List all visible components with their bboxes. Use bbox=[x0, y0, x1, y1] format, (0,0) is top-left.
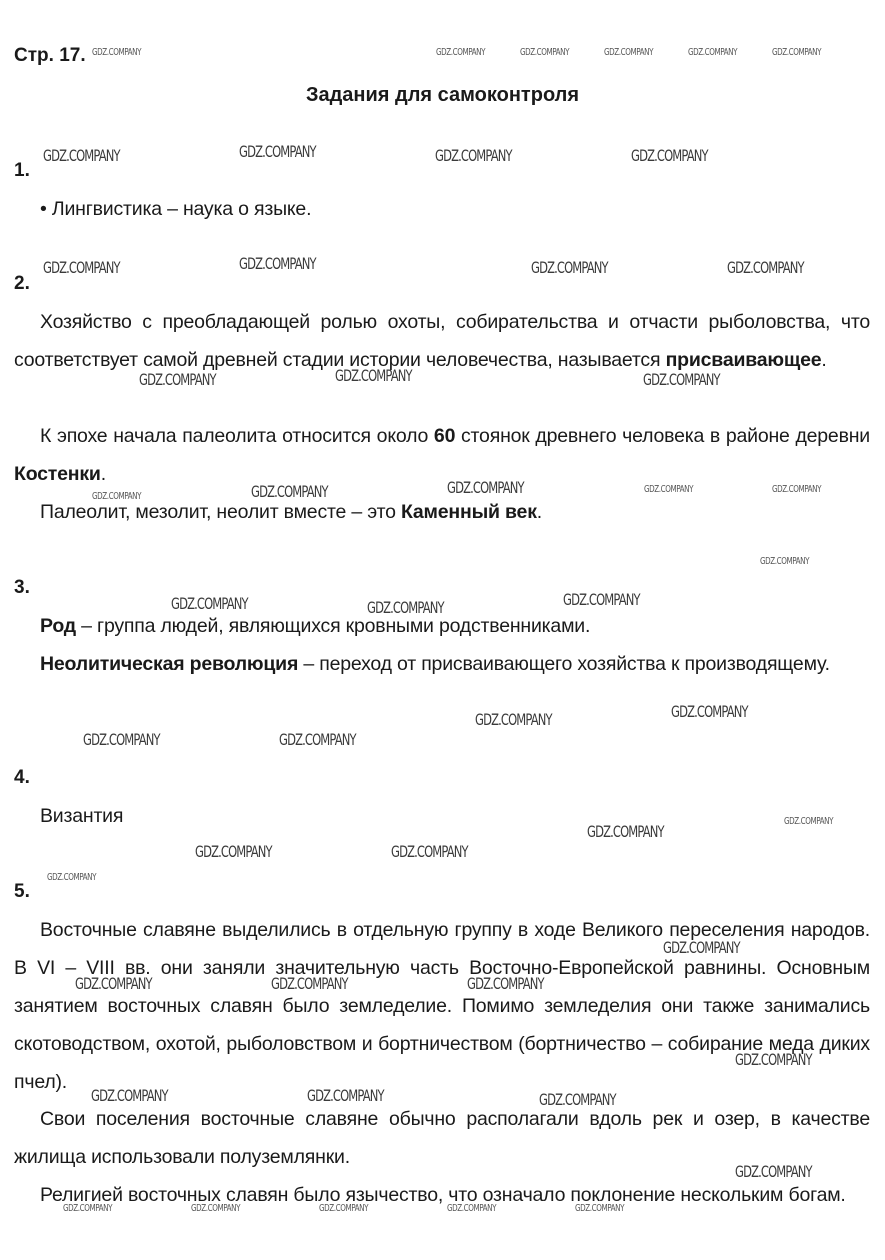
watermark-text: GDZ.COMPANY bbox=[367, 598, 444, 617]
task-2-paragraph-2: К эпохе начала палеолита относится около… bbox=[14, 417, 870, 493]
answer-term: Каменный век bbox=[401, 501, 537, 523]
watermark-text: GDZ.COMPANY bbox=[772, 484, 821, 495]
watermark-text: GDZ.COMPANY bbox=[279, 730, 356, 749]
watermark-text: GDZ.COMPANY bbox=[83, 730, 160, 749]
text: стоянок древнего человека в районе дерев… bbox=[455, 425, 870, 447]
watermark-text: GDZ.COMPANY bbox=[631, 146, 708, 165]
watermark-text: GDZ.COMPANY bbox=[436, 47, 485, 58]
definition: – переход от присваивающего хозяйства к … bbox=[298, 653, 830, 675]
term: Неолитическая революция bbox=[40, 653, 298, 675]
definition: – группа людей, являющихся кровными родс… bbox=[76, 615, 590, 637]
task-number-2: 2. bbox=[14, 273, 30, 295]
watermark-text: GDZ.COMPANY bbox=[784, 816, 833, 827]
watermark-text: GDZ.COMPANY bbox=[604, 47, 653, 58]
watermark-text: GDZ.COMPANY bbox=[735, 1162, 812, 1181]
watermark-text: GDZ.COMPANY bbox=[43, 146, 120, 165]
watermark-text: GDZ.COMPANY bbox=[520, 47, 569, 58]
watermark-text: GDZ.COMPANY bbox=[575, 1203, 624, 1214]
watermark-text: GDZ.COMPANY bbox=[92, 491, 141, 502]
answer-text: Лингвистика – наука о языке. bbox=[52, 198, 311, 220]
task-number-3: 3. bbox=[14, 577, 30, 599]
answer-place: Костенки bbox=[14, 463, 101, 485]
watermark-text: GDZ.COMPANY bbox=[251, 482, 328, 501]
answer-number: 60 bbox=[434, 425, 455, 447]
watermark-text: GDZ.COMPANY bbox=[239, 254, 316, 273]
watermark-text: GDZ.COMPANY bbox=[435, 146, 512, 165]
watermark-text: GDZ.COMPANY bbox=[63, 1203, 112, 1214]
text: К эпохе начала палеолита относится около bbox=[40, 425, 434, 447]
watermark-text: GDZ.COMPANY bbox=[727, 258, 804, 277]
watermark-text: GDZ.COMPANY bbox=[195, 842, 272, 861]
watermark-text: GDZ.COMPANY bbox=[644, 484, 693, 495]
task-number-4: 4. bbox=[14, 767, 30, 789]
watermark-text: GDZ.COMPANY bbox=[447, 478, 524, 497]
watermark-text: GDZ.COMPANY bbox=[688, 47, 737, 58]
watermark-text: GDZ.COMPANY bbox=[563, 590, 640, 609]
page-label: Стр. 17. bbox=[14, 45, 86, 67]
watermark-text: GDZ.COMPANY bbox=[43, 258, 120, 277]
task-2-paragraph-3: Палеолит, мезолит, неолит вместе – это К… bbox=[14, 493, 870, 531]
text: Палеолит, мезолит, неолит вместе – это bbox=[40, 501, 401, 523]
answer-term: присваивающее bbox=[666, 349, 822, 371]
watermark-text: GDZ.COMPANY bbox=[447, 1203, 496, 1214]
watermark-text: GDZ.COMPANY bbox=[663, 938, 740, 957]
watermark-text: GDZ.COMPANY bbox=[475, 710, 552, 729]
watermark-text: GDZ.COMPANY bbox=[760, 556, 809, 567]
watermark-text: GDZ.COMPANY bbox=[467, 974, 544, 993]
task-3-paragraph-2: Неолитическая революция – переход от при… bbox=[14, 645, 870, 683]
bullet-icon: • bbox=[40, 198, 47, 220]
task-5-paragraph-3: Религией восточных славян было язычество… bbox=[14, 1176, 870, 1214]
watermark-text: GDZ.COMPANY bbox=[191, 1203, 240, 1214]
watermark-text: GDZ.COMPANY bbox=[92, 47, 141, 58]
task-5-paragraph-1: Восточные славяне выделились в отдельную… bbox=[14, 911, 870, 1101]
task-1-answer: • Лингвистика – наука о языке. bbox=[40, 190, 885, 228]
watermark-text: GDZ.COMPANY bbox=[75, 974, 152, 993]
watermark-text: GDZ.COMPANY bbox=[271, 974, 348, 993]
task-4-answer: Византия bbox=[14, 797, 870, 835]
watermark-text: GDZ.COMPANY bbox=[391, 842, 468, 861]
watermark-text: GDZ.COMPANY bbox=[239, 142, 316, 161]
watermark-text: GDZ.COMPANY bbox=[319, 1203, 368, 1214]
page-title: Задания для самоконтроля bbox=[0, 84, 885, 107]
watermark-text: GDZ.COMPANY bbox=[531, 258, 608, 277]
watermark-text: GDZ.COMPANY bbox=[671, 702, 748, 721]
text: . bbox=[821, 349, 826, 371]
text: . bbox=[101, 463, 106, 485]
text: . bbox=[537, 501, 542, 523]
task-number-5: 5. bbox=[14, 881, 30, 903]
watermark-text: GDZ.COMPANY bbox=[772, 47, 821, 58]
watermark-text: GDZ.COMPANY bbox=[735, 1050, 812, 1069]
task-2-paragraph-1: Хозяйство с преобладающей ролью охоты, с… bbox=[14, 303, 870, 379]
watermark-text: GDZ.COMPANY bbox=[171, 594, 248, 613]
watermark-text: GDZ.COMPANY bbox=[47, 872, 96, 883]
task-number-1: 1. bbox=[14, 160, 30, 182]
watermark-text: GDZ.COMPANY bbox=[335, 366, 412, 385]
watermark-text: GDZ.COMPANY bbox=[643, 370, 720, 389]
watermark-text: GDZ.COMPANY bbox=[587, 822, 664, 841]
watermark-text: GDZ.COMPANY bbox=[139, 370, 216, 389]
watermark-text: GDZ.COMPANY bbox=[539, 1090, 616, 1109]
watermark-text: GDZ.COMPANY bbox=[307, 1086, 384, 1105]
term: Род bbox=[40, 615, 76, 637]
watermark-text: GDZ.COMPANY bbox=[91, 1086, 168, 1105]
